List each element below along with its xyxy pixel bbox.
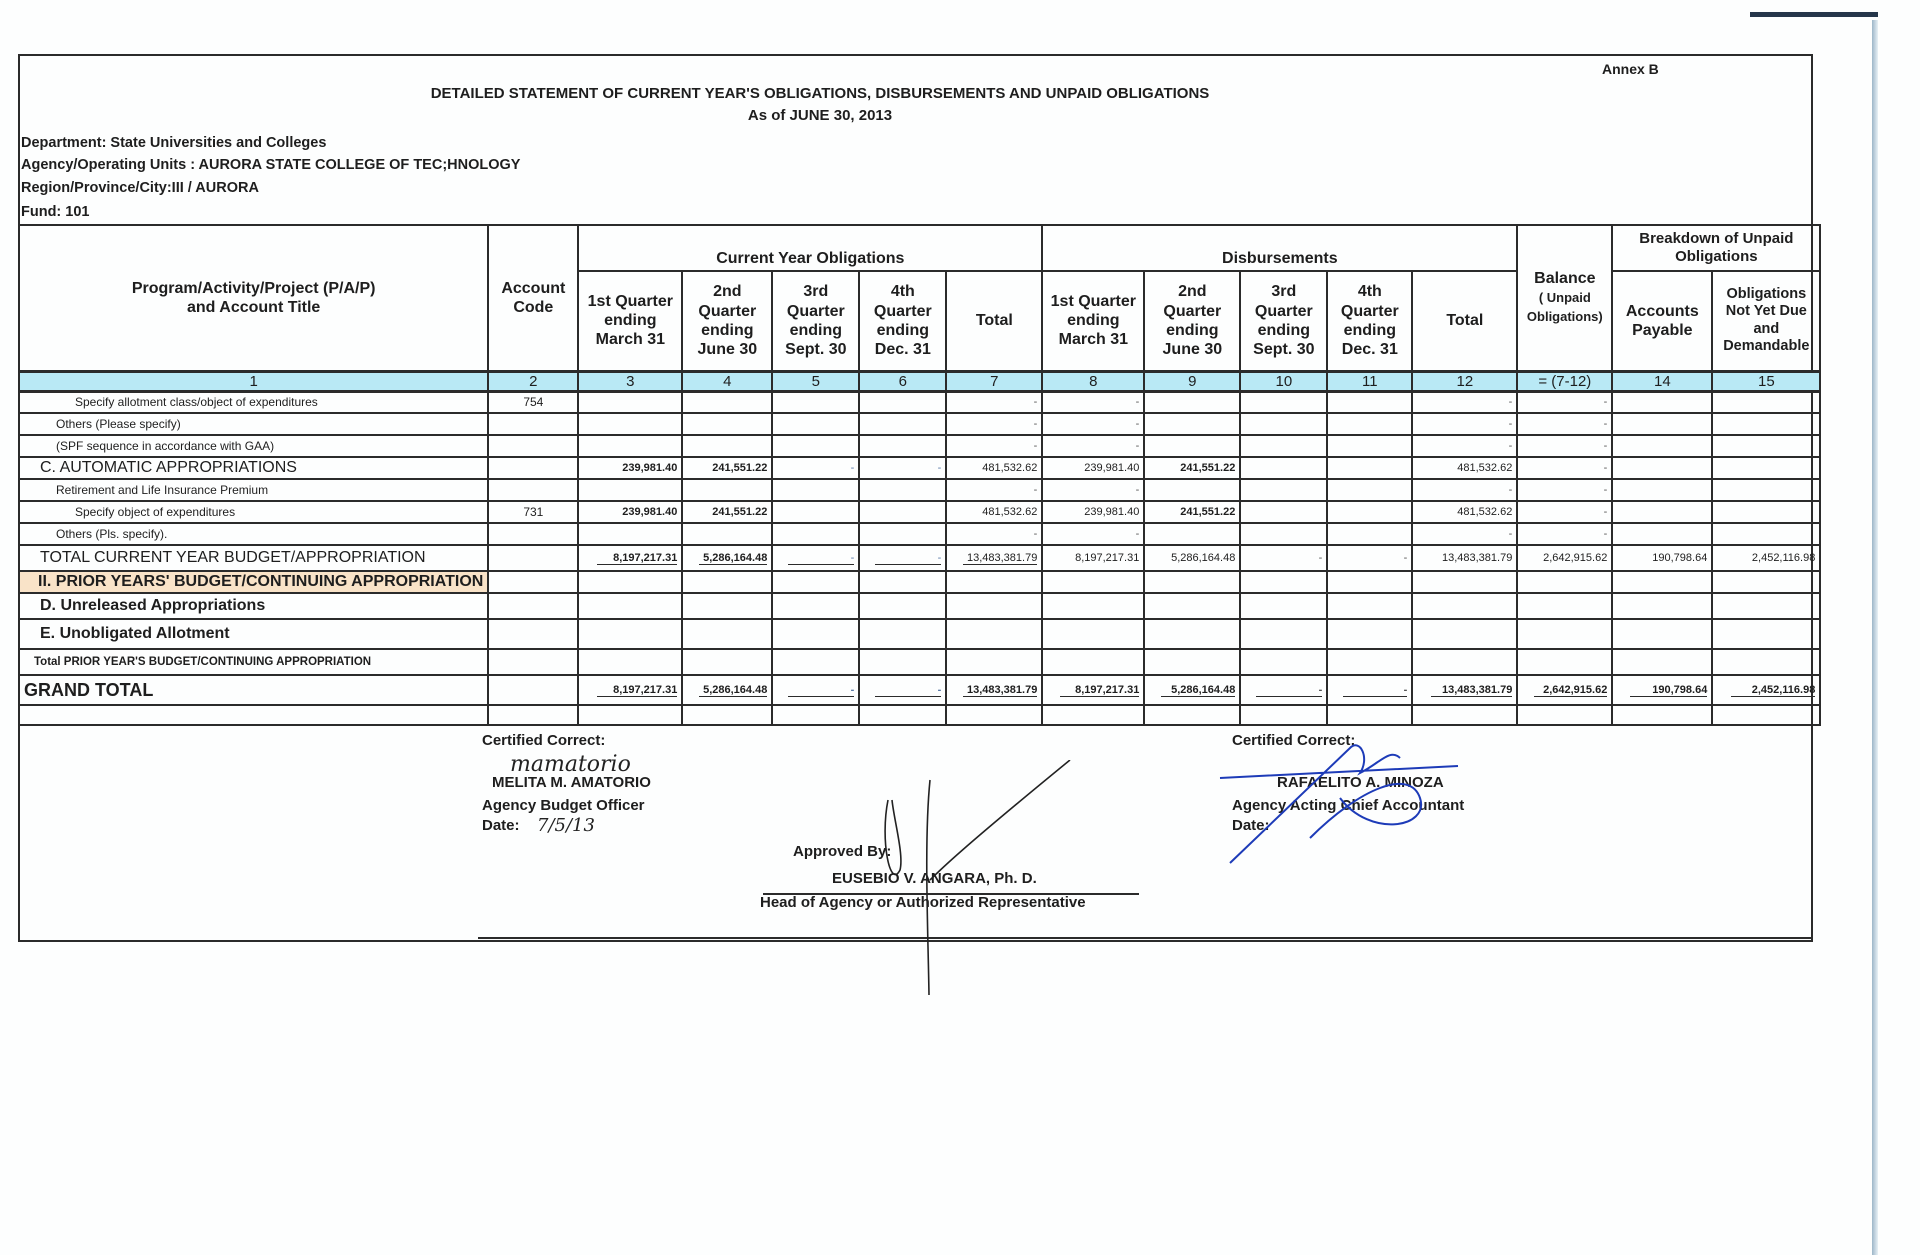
cell-d-total: 481,532.62 bbox=[1412, 501, 1517, 523]
cell-d-q1: - bbox=[1042, 523, 1144, 545]
row-label: II. PRIOR YEARS' BUDGET/CONTINUING APPRO… bbox=[19, 571, 488, 593]
cell-ob-q2 bbox=[682, 391, 772, 413]
cell-ob-total bbox=[946, 571, 1042, 593]
cell-d-q2: 5,286,164.48 bbox=[1144, 675, 1240, 705]
underlined-value: 13,483,381.79 bbox=[1431, 684, 1513, 697]
cell-d-q3 bbox=[1240, 593, 1327, 619]
cell-ob-q2: 241,551.22 bbox=[682, 457, 772, 479]
cell-d-q4 bbox=[1327, 649, 1412, 675]
cell-nyd bbox=[1712, 619, 1820, 649]
header-pap: Program/Activity/Project (P/A/P) and Acc… bbox=[19, 225, 488, 371]
cell-d-q2 bbox=[1144, 435, 1240, 457]
row-label: GRAND TOTAL bbox=[19, 675, 488, 705]
cell-ob-q4: - bbox=[859, 675, 946, 705]
cell-ap bbox=[1612, 479, 1712, 501]
account-code-cell bbox=[488, 413, 578, 435]
column-number-cell: 4 bbox=[682, 371, 772, 391]
blank-cell bbox=[682, 705, 772, 725]
cell-d-q1: - bbox=[1042, 413, 1144, 435]
cell-d-q2 bbox=[1144, 571, 1240, 593]
cell-ob-q2: 5,286,164.48 bbox=[682, 675, 772, 705]
underlined-value: 2,642,915.62 bbox=[1534, 684, 1607, 697]
cell-d-q3 bbox=[1240, 479, 1327, 501]
account-code-cell bbox=[488, 619, 578, 649]
left-date-value: 7/5/13 bbox=[537, 815, 595, 836]
blank-cell bbox=[1327, 705, 1412, 725]
cell-d-q1: 239,981.40 bbox=[1042, 501, 1144, 523]
cell-d-q4 bbox=[1327, 501, 1412, 523]
cell-nyd bbox=[1712, 523, 1820, 545]
cell-ob-q4 bbox=[859, 391, 946, 413]
underlined-value: 5,286,164.48 bbox=[699, 684, 768, 697]
row-label: D. Unreleased Appropriations bbox=[19, 593, 488, 619]
row-label: Retirement and Life Insurance Premium bbox=[19, 479, 488, 501]
cell-ob-total: - bbox=[946, 523, 1042, 545]
cell-balance bbox=[1517, 649, 1612, 675]
table-row: E. Unobligated Allotment bbox=[19, 619, 1820, 649]
header-ob-q1: 1st Quarter ending March 31 bbox=[578, 271, 682, 371]
cell-d-total bbox=[1412, 571, 1517, 593]
blank-cell bbox=[772, 705, 859, 725]
cell-d-q2 bbox=[1144, 593, 1240, 619]
table-row: (SPF sequence in accordance with GAA)---… bbox=[19, 435, 1820, 457]
balance-sublabel: ( Unpaid Obligations) bbox=[1527, 290, 1603, 324]
cell-d-q2 bbox=[1144, 391, 1240, 413]
cell-ob-q4 bbox=[859, 435, 946, 457]
cell-ob-q1 bbox=[578, 593, 682, 619]
column-number-cell: 10 bbox=[1240, 371, 1327, 391]
cell-ap bbox=[1612, 391, 1712, 413]
cell-ob-q3 bbox=[772, 413, 859, 435]
account-code-cell bbox=[488, 479, 578, 501]
cell-d-q1 bbox=[1042, 571, 1144, 593]
cell-balance bbox=[1517, 593, 1612, 619]
region-line: Region/Province/City:III / AURORA bbox=[21, 180, 259, 196]
underlined-value: 8,197,217.31 bbox=[1060, 684, 1139, 697]
cell-ap bbox=[1612, 619, 1712, 649]
blank-cell bbox=[1240, 705, 1327, 725]
left-signatory-position: Agency Budget Officer bbox=[482, 797, 645, 814]
left-date-label: Date: bbox=[482, 817, 520, 834]
cell-ob-q4: - bbox=[859, 457, 946, 479]
account-code-cell bbox=[488, 457, 578, 479]
underlined-value: 8,197,217.31 bbox=[597, 552, 678, 565]
table-row: Total PRIOR YEAR'S BUDGET/CONTINUING APP… bbox=[19, 649, 1820, 675]
account-code-cell bbox=[488, 675, 578, 705]
cell-ob-q3 bbox=[772, 619, 859, 649]
cell-nyd bbox=[1712, 501, 1820, 523]
row-label: TOTAL CURRENT YEAR BUDGET/APPROPRIATION bbox=[19, 545, 488, 571]
blank-cell bbox=[578, 705, 682, 725]
cell-balance: - bbox=[1517, 523, 1612, 545]
cell-ob-q1: 8,197,217.31 bbox=[578, 675, 682, 705]
cell-ob-q1 bbox=[578, 619, 682, 649]
cell-ob-q4 bbox=[859, 593, 946, 619]
cell-d-q4 bbox=[1327, 523, 1412, 545]
cell-nyd bbox=[1712, 479, 1820, 501]
cell-nyd bbox=[1712, 413, 1820, 435]
column-number-cell: 6 bbox=[859, 371, 946, 391]
cell-balance: - bbox=[1517, 457, 1612, 479]
cell-d-q3 bbox=[1240, 435, 1327, 457]
cell-d-total bbox=[1412, 593, 1517, 619]
cell-ap: 190,798.64 bbox=[1612, 675, 1712, 705]
blank-cell bbox=[1612, 705, 1712, 725]
cell-d-total bbox=[1412, 649, 1517, 675]
cell-d-q4 bbox=[1327, 479, 1412, 501]
underlined-value: 13,483,381.79 bbox=[963, 684, 1037, 697]
cell-ob-q3 bbox=[772, 391, 859, 413]
row-label: E. Unobligated Allotment bbox=[19, 619, 488, 649]
cell-nyd: 2,452,116.98 bbox=[1712, 675, 1820, 705]
blank-cell bbox=[1412, 705, 1517, 725]
blank-cell bbox=[1042, 705, 1144, 725]
cell-d-total: - bbox=[1412, 523, 1517, 545]
cell-ob-q1 bbox=[578, 391, 682, 413]
column-number-cell: 1 bbox=[19, 371, 488, 391]
cell-ap bbox=[1612, 457, 1712, 479]
obligations-table: Program/Activity/Project (P/A/P) and Acc… bbox=[18, 224, 1821, 726]
cell-ob-q4 bbox=[859, 571, 946, 593]
cell-nyd bbox=[1712, 457, 1820, 479]
cell-balance bbox=[1517, 571, 1612, 593]
cell-ob-q2: 241,551.22 bbox=[682, 501, 772, 523]
row-label: Total PRIOR YEAR'S BUDGET/CONTINUING APP… bbox=[19, 649, 488, 675]
cell-d-q2 bbox=[1144, 649, 1240, 675]
annex-label: Annex B bbox=[1602, 61, 1659, 77]
account-code-cell: 731 bbox=[488, 501, 578, 523]
cell-ob-q2 bbox=[682, 523, 772, 545]
cell-ob-q1: 8,197,217.31 bbox=[578, 545, 682, 571]
cell-balance: - bbox=[1517, 435, 1612, 457]
header-ob-q4: 4th Quarter ending Dec. 31 bbox=[859, 271, 946, 371]
column-number-cell: 12 bbox=[1412, 371, 1517, 391]
cell-ob-q4 bbox=[859, 413, 946, 435]
header-ob-q3: 3rd Quarter ending Sept. 30 bbox=[772, 271, 859, 371]
cell-d-q1: 8,197,217.31 bbox=[1042, 545, 1144, 571]
blank-row bbox=[19, 705, 1820, 725]
table-row: Specify object of expenditures731239,981… bbox=[19, 501, 1820, 523]
underlined-value: - bbox=[1256, 684, 1322, 697]
underlined-value: - bbox=[788, 552, 854, 565]
account-code-cell bbox=[488, 523, 578, 545]
cell-ob-q1 bbox=[578, 649, 682, 675]
cell-ob-q3 bbox=[772, 593, 859, 619]
blank-cell bbox=[19, 705, 488, 725]
cell-ob-total: - bbox=[946, 413, 1042, 435]
header-d-q2: 2nd Quarter ending June 30 bbox=[1144, 271, 1240, 371]
cell-d-q2 bbox=[1144, 413, 1240, 435]
cell-d-total: 481,532.62 bbox=[1412, 457, 1517, 479]
cell-ob-q2 bbox=[682, 413, 772, 435]
cell-ap bbox=[1612, 523, 1712, 545]
column-number-cell: 15 bbox=[1712, 371, 1820, 391]
cell-ap bbox=[1612, 593, 1712, 619]
cell-d-q3: - bbox=[1240, 675, 1327, 705]
cell-d-total: 13,483,381.79 bbox=[1412, 545, 1517, 571]
table-row: Others (Pls. specify).---- bbox=[19, 523, 1820, 545]
cell-d-q4 bbox=[1327, 435, 1412, 457]
cell-ob-q3 bbox=[772, 435, 859, 457]
approver-signature-scribble bbox=[880, 760, 1080, 1000]
cell-ob-q2: 5,286,164.48 bbox=[682, 545, 772, 571]
blank-cell bbox=[488, 705, 578, 725]
cell-ob-q4 bbox=[859, 501, 946, 523]
column-number-cell: 5 bbox=[772, 371, 859, 391]
cell-d-q1: - bbox=[1042, 435, 1144, 457]
cell-ob-total: - bbox=[946, 391, 1042, 413]
cell-ob-total: - bbox=[946, 479, 1042, 501]
cell-ob-q2 bbox=[682, 593, 772, 619]
cell-balance: - bbox=[1517, 391, 1612, 413]
table-row: C. AUTOMATIC APPROPRIATIONS239,981.40241… bbox=[19, 457, 1820, 479]
cell-d-q4 bbox=[1327, 413, 1412, 435]
cell-ob-q4: - bbox=[859, 545, 946, 571]
table-row: Retirement and Life Insurance Premium---… bbox=[19, 479, 1820, 501]
row-label: C. AUTOMATIC APPROPRIATIONS bbox=[19, 457, 488, 479]
column-number-cell: 3 bbox=[578, 371, 682, 391]
cell-balance bbox=[1517, 619, 1612, 649]
cell-ob-total: - bbox=[946, 435, 1042, 457]
cell-d-q2: 241,551.22 bbox=[1144, 501, 1240, 523]
table-row: Specify allotment class/object of expend… bbox=[19, 391, 1820, 413]
cell-d-q1 bbox=[1042, 593, 1144, 619]
cell-balance: - bbox=[1517, 413, 1612, 435]
header-d-q1: 1st Quarter ending March 31 bbox=[1042, 271, 1144, 371]
cell-nyd bbox=[1712, 435, 1820, 457]
blank-cell bbox=[1517, 705, 1612, 725]
account-code-cell bbox=[488, 649, 578, 675]
row-label: Specify allotment class/object of expend… bbox=[19, 391, 488, 413]
cell-ob-q1 bbox=[578, 523, 682, 545]
document-date: As of JUNE 30, 2013 bbox=[0, 107, 1640, 124]
accountant-signature-scribble bbox=[1210, 728, 1470, 868]
table-row: GRAND TOTAL8,197,217.315,286,164.48--13,… bbox=[19, 675, 1820, 705]
cell-ap bbox=[1612, 413, 1712, 435]
cell-d-total: - bbox=[1412, 413, 1517, 435]
cell-d-total: - bbox=[1412, 435, 1517, 457]
cell-d-q3 bbox=[1240, 571, 1327, 593]
blank-cell bbox=[946, 705, 1042, 725]
cell-d-q1 bbox=[1042, 619, 1144, 649]
header-d-q4: 4th Quarter ending Dec. 31 bbox=[1327, 271, 1412, 371]
header-d-q3: 3rd Quarter ending Sept. 30 bbox=[1240, 271, 1327, 371]
header-current-year-obligations: Current Year Obligations bbox=[578, 225, 1042, 271]
cell-ob-q3: - bbox=[772, 545, 859, 571]
cell-d-q3 bbox=[1240, 649, 1327, 675]
table-row: D. Unreleased Appropriations bbox=[19, 593, 1820, 619]
cell-nyd bbox=[1712, 571, 1820, 593]
cell-ob-q4 bbox=[859, 523, 946, 545]
header-account-code: Account Code bbox=[488, 225, 578, 371]
row-label: Others (Pls. specify). bbox=[19, 523, 488, 545]
cell-ob-q2 bbox=[682, 649, 772, 675]
cell-d-q3 bbox=[1240, 457, 1327, 479]
cell-ob-q3 bbox=[772, 523, 859, 545]
cell-d-q2: 5,286,164.48 bbox=[1144, 545, 1240, 571]
cell-d-q4 bbox=[1327, 593, 1412, 619]
cell-d-q1: 239,981.40 bbox=[1042, 457, 1144, 479]
cell-ob-q2 bbox=[682, 435, 772, 457]
cell-d-q4 bbox=[1327, 457, 1412, 479]
approved-by-heading: Approved By: bbox=[793, 843, 891, 860]
table-row: II. PRIOR YEARS' BUDGET/CONTINUING APPRO… bbox=[19, 571, 1820, 593]
cell-ob-total: 481,532.62 bbox=[946, 501, 1042, 523]
cell-d-total bbox=[1412, 619, 1517, 649]
column-number-cell: 14 bbox=[1612, 371, 1712, 391]
cell-d-q2 bbox=[1144, 523, 1240, 545]
header-accounts-payable: Accounts Payable bbox=[1612, 271, 1712, 371]
cell-nyd: 2,452,116.98 bbox=[1712, 545, 1820, 571]
row-label: (SPF sequence in accordance with GAA) bbox=[19, 435, 488, 457]
cell-ob-q3: - bbox=[772, 675, 859, 705]
underlined-value: - bbox=[875, 552, 941, 565]
underlined-value: - bbox=[875, 684, 941, 697]
agency-line: Agency/Operating Units : AURORA STATE CO… bbox=[21, 157, 520, 173]
fund-line: Fund: 101 bbox=[21, 204, 89, 220]
cell-d-total: 13,483,381.79 bbox=[1412, 675, 1517, 705]
cell-ob-q3 bbox=[772, 501, 859, 523]
department-line: Department: State Universities and Colle… bbox=[21, 135, 326, 151]
column-number-cell: 2 bbox=[488, 371, 578, 391]
cell-d-q1 bbox=[1042, 649, 1144, 675]
account-code-cell bbox=[488, 545, 578, 571]
cell-ob-total: 481,532.62 bbox=[946, 457, 1042, 479]
cell-d-q1: - bbox=[1042, 391, 1144, 413]
underlined-value: - bbox=[788, 684, 854, 697]
cell-d-q2: 241,551.22 bbox=[1144, 457, 1240, 479]
cell-ob-total bbox=[946, 593, 1042, 619]
cell-balance: 2,642,915.62 bbox=[1517, 675, 1612, 705]
header-breakdown: Breakdown of Unpaid Obligations bbox=[1612, 225, 1820, 271]
cell-ob-q2 bbox=[682, 571, 772, 593]
header-d-total: Total bbox=[1412, 271, 1517, 371]
cell-ob-q4 bbox=[859, 479, 946, 501]
cell-balance: 2,642,915.62 bbox=[1517, 545, 1612, 571]
cell-ob-q3: - bbox=[772, 457, 859, 479]
underlined-value: 2,452,116.98 bbox=[1731, 684, 1815, 697]
cell-ob-q3 bbox=[772, 479, 859, 501]
cell-d-q3 bbox=[1240, 391, 1327, 413]
column-number-cell: 7 bbox=[946, 371, 1042, 391]
account-code-cell bbox=[488, 571, 578, 593]
cell-balance: - bbox=[1517, 501, 1612, 523]
scan-edge-right bbox=[1872, 20, 1878, 1255]
cell-nyd bbox=[1712, 391, 1820, 413]
cell-ob-q2 bbox=[682, 619, 772, 649]
header-disbursements: Disbursements bbox=[1042, 225, 1517, 271]
cell-d-q3 bbox=[1240, 413, 1327, 435]
cell-d-q4: - bbox=[1327, 675, 1412, 705]
row-label: Specify object of expenditures bbox=[19, 501, 488, 523]
underlined-value: 5,286,164.48 bbox=[1161, 684, 1235, 697]
cell-ob-total bbox=[946, 619, 1042, 649]
underlined-value: - bbox=[1343, 684, 1408, 697]
cell-ob-q2 bbox=[682, 479, 772, 501]
cell-d-q3 bbox=[1240, 501, 1327, 523]
account-code-cell bbox=[488, 593, 578, 619]
document-title: DETAILED STATEMENT OF CURRENT YEAR'S OBL… bbox=[0, 85, 1640, 102]
scan-edge-top bbox=[1750, 12, 1878, 17]
cell-d-q3 bbox=[1240, 523, 1327, 545]
table-bottom-rule bbox=[478, 937, 1813, 939]
column-number-cell: 11 bbox=[1327, 371, 1412, 391]
underlined-value: 8,197,217.31 bbox=[597, 684, 678, 697]
account-code-cell bbox=[488, 435, 578, 457]
cell-ob-q1 bbox=[578, 435, 682, 457]
cell-ob-q1 bbox=[578, 571, 682, 593]
cell-ob-total: 13,483,381.79 bbox=[946, 675, 1042, 705]
cell-ap bbox=[1612, 649, 1712, 675]
blank-cell bbox=[859, 705, 946, 725]
blank-cell bbox=[1712, 705, 1820, 725]
cell-ap: 190,798.64 bbox=[1612, 545, 1712, 571]
cell-ob-q1 bbox=[578, 413, 682, 435]
cell-d-q4: - bbox=[1327, 545, 1412, 571]
column-number-cell: = (7-12) bbox=[1517, 371, 1612, 391]
header-ob-total: Total bbox=[946, 271, 1042, 371]
cell-ob-q1 bbox=[578, 479, 682, 501]
cell-ap bbox=[1612, 501, 1712, 523]
cell-nyd bbox=[1712, 649, 1820, 675]
column-number-cell: 9 bbox=[1144, 371, 1240, 391]
table-row: TOTAL CURRENT YEAR BUDGET/APPROPRIATION8… bbox=[19, 545, 1820, 571]
cell-ob-q3 bbox=[772, 649, 859, 675]
account-code-cell: 754 bbox=[488, 391, 578, 413]
cell-ob-q4 bbox=[859, 649, 946, 675]
cell-d-total: - bbox=[1412, 391, 1517, 413]
blank-cell bbox=[1144, 705, 1240, 725]
cell-d-q1: 8,197,217.31 bbox=[1042, 675, 1144, 705]
cell-nyd bbox=[1712, 593, 1820, 619]
cell-d-q3: - bbox=[1240, 545, 1327, 571]
underlined-value: 13,483,381.79 bbox=[963, 552, 1037, 565]
underlined-value: 190,798.64 bbox=[1630, 684, 1707, 697]
cell-ap bbox=[1612, 571, 1712, 593]
column-number-row: 123456789101112= (7-12)1415 bbox=[19, 371, 1820, 391]
column-number-cell: 8 bbox=[1042, 371, 1144, 391]
cell-d-q2 bbox=[1144, 619, 1240, 649]
cell-d-q4 bbox=[1327, 571, 1412, 593]
header-not-yet-due: Obligations Not Yet Due and Demandable bbox=[1712, 271, 1820, 371]
cell-ob-q3 bbox=[772, 571, 859, 593]
underlined-value: 5,286,164.48 bbox=[699, 552, 768, 565]
cell-ob-total: 13,483,381.79 bbox=[946, 545, 1042, 571]
header-ob-q2: 2nd Quarter ending June 30 bbox=[682, 271, 772, 371]
cell-ob-q1: 239,981.40 bbox=[578, 501, 682, 523]
cell-d-total: - bbox=[1412, 479, 1517, 501]
table-row: Others (Please specify)---- bbox=[19, 413, 1820, 435]
cell-ap bbox=[1612, 435, 1712, 457]
left-certified-heading: Certified Correct: bbox=[482, 732, 605, 749]
header-balance: Balance ( Unpaid Obligations) bbox=[1517, 225, 1612, 371]
cell-ob-q1: 239,981.40 bbox=[578, 457, 682, 479]
cell-d-q1: - bbox=[1042, 479, 1144, 501]
cell-d-q2 bbox=[1144, 479, 1240, 501]
balance-label: Balance bbox=[1534, 270, 1595, 287]
cell-ob-q4 bbox=[859, 619, 946, 649]
cell-d-q4 bbox=[1327, 619, 1412, 649]
left-signatory-name: MELITA M. AMATORIO bbox=[492, 774, 651, 791]
cell-d-q4 bbox=[1327, 391, 1412, 413]
row-label: Others (Please specify) bbox=[19, 413, 488, 435]
cell-balance: - bbox=[1517, 479, 1612, 501]
cell-d-q3 bbox=[1240, 619, 1327, 649]
cell-ob-total bbox=[946, 649, 1042, 675]
